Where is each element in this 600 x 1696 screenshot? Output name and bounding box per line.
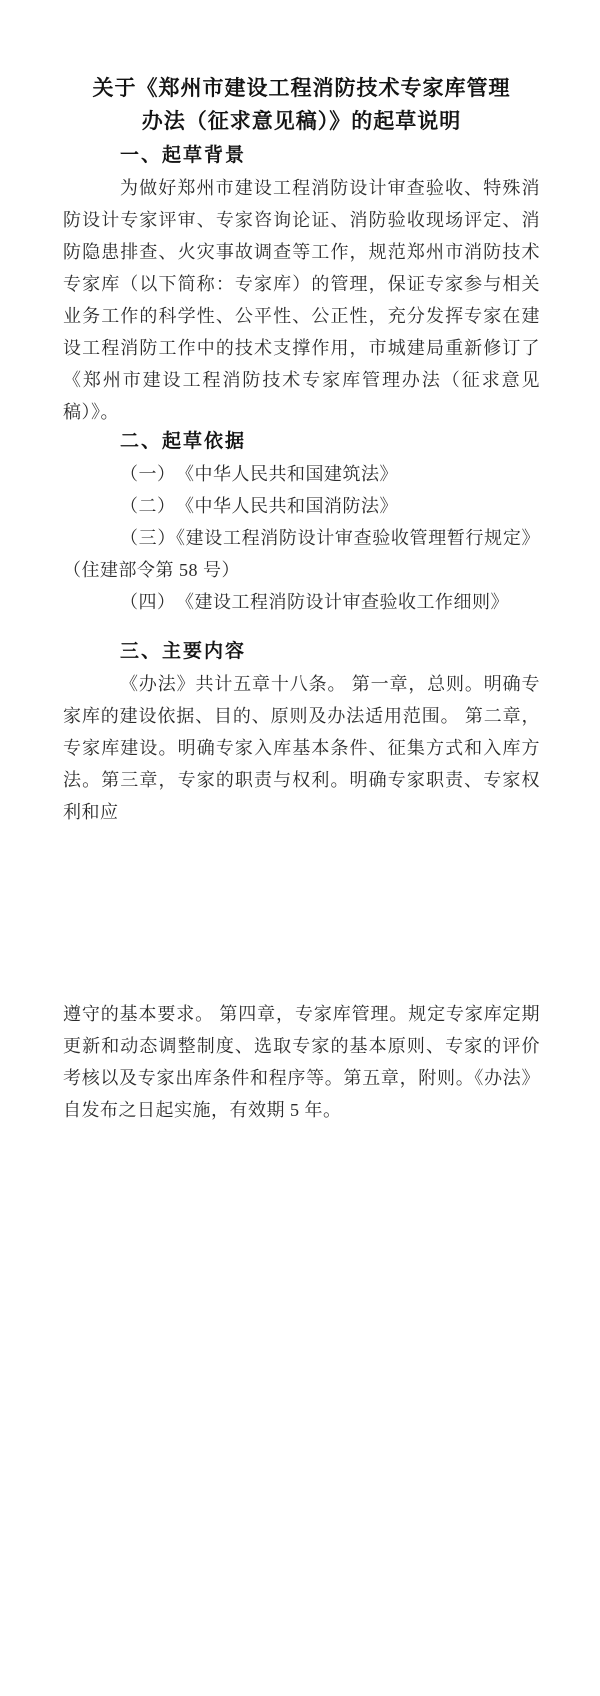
list-item-basis-1: （一） 《中华人民共和国建筑法》 <box>63 458 540 490</box>
document-body: 关于《郑州市建设工程消防技术专家库管理 办法（征求意见稿）》的起草说明 一、起草… <box>0 0 600 1126</box>
page-break-gap <box>63 828 540 998</box>
paragraph-main-content-part1: 《办法》共计五章十八条。 第一章，总则。明确专家库的建设依据、目的、原则及办法适… <box>63 668 540 828</box>
doc-title-line2: 办法（征求意见稿）》的起草说明 <box>63 105 540 138</box>
paragraph-drafting-background: 为做好郑州市建设工程消防设计审查验收、特殊消防设计专家评审、专家咨询论证、消防验… <box>63 172 540 428</box>
section-heading-main-content: 三、主要内容 <box>120 640 540 664</box>
doc-title: 关于《郑州市建设工程消防技术专家库管理 办法（征求意见稿）》的起草说明 <box>63 72 540 138</box>
list-item-basis-4: （四） 《建设工程消防设计审查验收工作细则》 <box>63 586 540 618</box>
doc-title-line1: 关于《郑州市建设工程消防技术专家库管理 <box>63 72 540 105</box>
list-item-basis-2: （二） 《中华人民共和国消防法》 <box>63 490 540 522</box>
section-heading-drafting-background: 一、起草背景 <box>120 144 540 168</box>
list-item-basis-3: （三）《建设工程消防设计审查验收管理暂行规定》（住建部令第 58 号） <box>63 522 540 586</box>
section-heading-drafting-basis: 二、起草依据 <box>120 430 540 454</box>
document-page: 关于《郑州市建设工程消防技术专家库管理 办法（征求意见稿）》的起草说明 一、起草… <box>0 0 600 1696</box>
paragraph-main-content-part2: 遵守的基本要求。 第四章，专家库管理。规定专家库定期更新和动态调整制度、选取专家… <box>63 998 540 1126</box>
